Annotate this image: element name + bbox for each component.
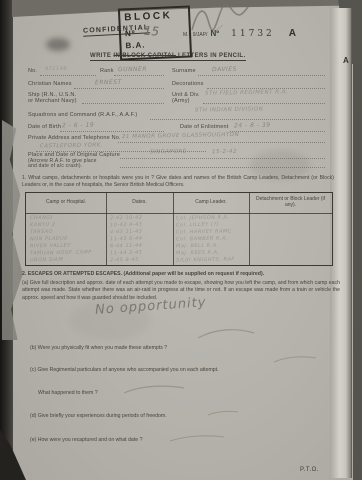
file-ref-no-label: Nº: [210, 29, 219, 38]
table-header-block-leader: Detachment or Block Leader (if any).: [251, 196, 330, 209]
pencil-stroke: [122, 383, 186, 395]
instruction-part1: WRITE: [90, 53, 113, 59]
field-value-service-number: 971148: [45, 66, 67, 72]
field-label-unit-army: (Army): [172, 98, 190, 105]
question-2d-text: (d) Give briefly your experiences during…: [30, 413, 330, 420]
field-label-squadrons: Squadrons and Command (R.A.F., A.A.F.): [28, 112, 137, 119]
camp-leader: Col. BAMBER R.A.: [176, 236, 228, 243]
field-value-date-of-enlistment: 24 - 8 - 39: [234, 122, 271, 130]
field-label-date-of-birth: Date of Birth: [28, 124, 61, 131]
field-label-christian-names: Christian Names: [28, 81, 72, 88]
camp-dates: 2-42 10-42: [110, 215, 143, 222]
field-value-capture-place: SINGAPORE: [150, 149, 187, 156]
field-value-address-2: CASTLEFORD YORK.: [40, 142, 103, 149]
camp-leader: Col. JEPHSON R.A.: [176, 215, 230, 222]
table-row: TAMUAN HOSP. CAMP 11-44 2-45 Maj. REES R…: [26, 250, 332, 257]
page-edge-curl: [330, 8, 352, 478]
camp-dates: 10-42 4-43: [110, 222, 143, 229]
table-row: UBON SIAM 2-45 8-45 S/Ldr KNIGHTS, RAF: [26, 257, 332, 264]
field-label-rank: Rank: [100, 68, 114, 75]
camp-name: NON PLADUK: [30, 236, 68, 243]
camps-table: Camp or Hospital. Dates. Camp Leader. De…: [25, 192, 333, 266]
copy-letter: A: [289, 28, 296, 39]
file-ref-number: 11732: [231, 29, 275, 39]
question-2c-text: (c) Give Regimental particulars of anyon…: [30, 367, 330, 374]
field-label-capture-note-2: and date of a/c crash).: [28, 163, 82, 169]
pencil-stroke: [196, 326, 256, 340]
field-label-no: No.: [28, 68, 37, 75]
camp-dates: 11-43 6-44: [110, 236, 143, 243]
camp-leader: Col. LILLEY (?): [176, 222, 219, 229]
field-label-surname: Surname: [172, 68, 196, 75]
field-label-address: Private Address and Telephone No.: [28, 135, 121, 142]
camp-name: CHANGI: [30, 215, 53, 221]
field-label-decorations: Decorations: [172, 81, 204, 88]
camp-name: TARSAO: [30, 229, 53, 235]
field-value-christian-names: ERNEST: [95, 79, 122, 86]
file-reference: M.I. 9/JAP/ Nº 11732 A: [183, 28, 313, 39]
table-header-leader: Camp Leader.: [173, 199, 249, 205]
table-row: KANYU 2 10-42 4-43 Col. LILLEY (?): [26, 222, 332, 229]
camp-dates: 11-44 2-45: [110, 250, 143, 257]
instruction-part2: LETTERS IN PENCIL.: [176, 53, 246, 59]
ink-smudge: [46, 38, 70, 51]
field-value-capture-date: 15-2-42: [212, 149, 237, 155]
field-label-ship-2: or Merchant Navy): [28, 98, 77, 105]
camp-leader: Maj. REES R.A.: [176, 250, 220, 257]
camp-name: KANYU 2: [30, 222, 56, 228]
table-header-camp: Camp or Hospital.: [26, 199, 106, 205]
instruction-struck-part: IN BLOCK CAPITAL: [113, 53, 176, 59]
question-1-text: 1. What camps, detachments or hospitals …: [22, 175, 334, 190]
field-value-date-of-birth: 2 - 6 - 19: [62, 122, 94, 130]
page-turn-over-label: P.T.O.: [300, 467, 319, 473]
file-ref-prefix: M.I. 9/JAP/: [183, 32, 207, 38]
table-row: TARSAO 4-43 11-43 Col. HARVEY RAMC: [26, 229, 332, 236]
camp-leader: Maj. BELL R.A.: [176, 243, 219, 250]
table-row: NON PLADUK 11-43 6-44 Col. BAMBER R.A.: [26, 236, 332, 243]
table-header-dates: Dates.: [106, 199, 173, 205]
field-value-division: 9TH INDIAN DIVISION: [195, 106, 263, 113]
camp-leader: S/Ldr KNIGHTS, RAF: [176, 256, 235, 263]
block-stamp-no-label: Nº: [125, 29, 136, 38]
pencil-stroke: [168, 433, 226, 443]
section-2-heading: 2. ESCAPES OR ATTEMPTED ESCAPES. (Additi…: [22, 271, 340, 278]
scanned-pow-questionnaire: CONFIDENTIAL BLOCK Nº15 B.A. M.I. 9/JAP/…: [0, 0, 362, 480]
block-number-handwritten: 15: [143, 24, 159, 39]
field-value-surname: DAVIES: [212, 66, 237, 73]
table-row: CHANGI 2-42 10-42 Col. JEPHSON R.A.: [26, 215, 332, 222]
camp-name: UBON SIAM: [30, 257, 63, 264]
pencil-stroke: [272, 354, 318, 364]
camp-name: RIVER VALLEY: [30, 243, 71, 250]
camp-name: TAMUAN HOSP. CAMP: [30, 249, 92, 256]
block-stamp-ba: B.A.: [125, 39, 185, 51]
question-2b-text: (b) Were you physically fit when you mad…: [30, 345, 330, 352]
camp-dates: 2-45 8-45: [110, 257, 139, 264]
field-value-rank: GUNNER: [118, 66, 147, 74]
pencil-stroke: [206, 409, 240, 417]
field-label-date-of-enlistment: Date of Enlistment: [180, 124, 229, 131]
camp-dates: 4-43 11-43: [110, 229, 143, 236]
instruction-heading: WRITE IN BLOCK CAPITAL LETTERS IN PENCIL…: [90, 53, 246, 61]
camp-dates: 6-44 11-44: [110, 243, 143, 250]
edge-mark-a: A: [343, 56, 349, 65]
camp-leader: Col. HARVEY RAMC: [176, 229, 232, 236]
